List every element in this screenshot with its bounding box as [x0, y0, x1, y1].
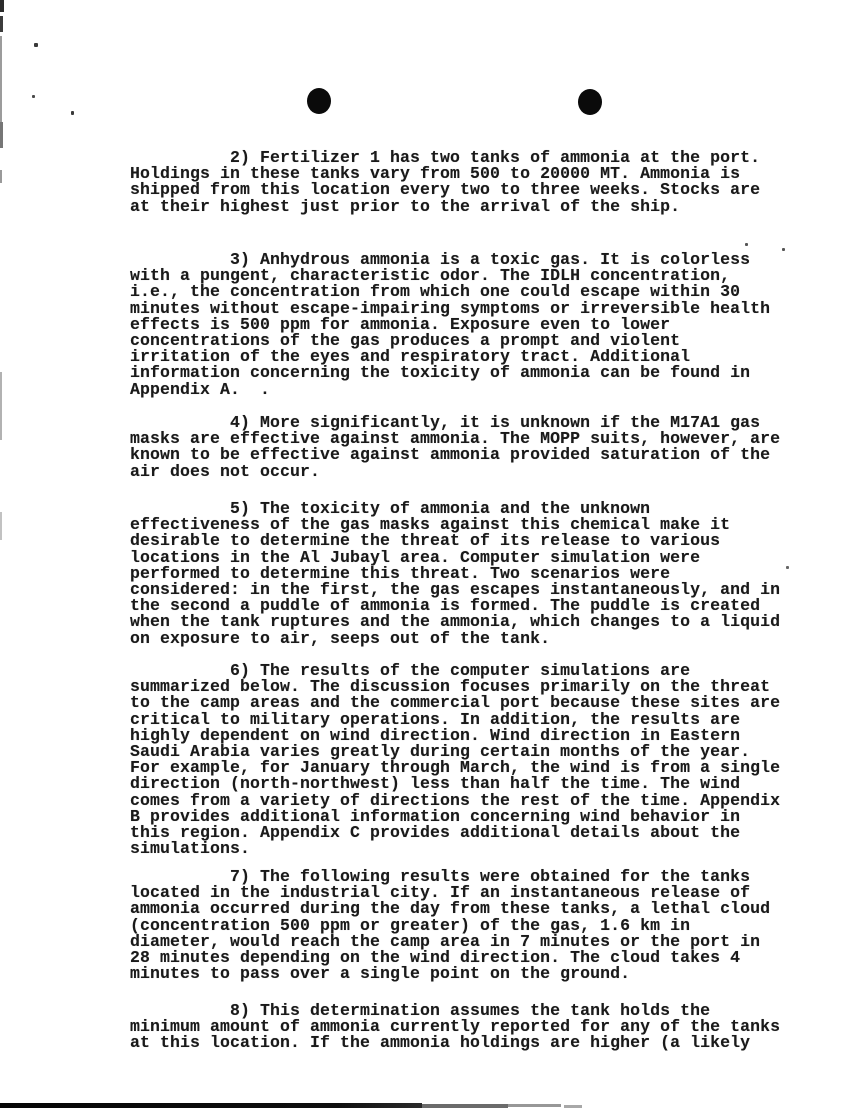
- ink-speck: [786, 566, 789, 569]
- ink-speck: [745, 243, 748, 246]
- ink-speck: [71, 111, 74, 115]
- scan-edge-artifact: [0, 512, 2, 540]
- paragraph-8: 8) This determination assumes the tank h…: [130, 1003, 780, 1052]
- punch-dot-right-icon: [578, 89, 602, 115]
- paragraph-5: 5) The toxicity of ammonia and the unkno…: [130, 501, 780, 647]
- scan-edge-artifact: [0, 122, 3, 148]
- scan-bar-artifact: [508, 1104, 561, 1107]
- scan-bar-artifact: [422, 1104, 508, 1108]
- scan-bar-artifact: [0, 1103, 422, 1108]
- scan-edge-artifact: [0, 0, 4, 12]
- ink-speck: [34, 43, 38, 47]
- scanned-document-page: 2) Fertilizer 1 has two tanks of ammonia…: [0, 0, 850, 1114]
- paragraph-3: 3) Anhydrous ammonia is a toxic gas. It …: [130, 252, 770, 398]
- scan-edge-artifact: [0, 16, 3, 32]
- paragraph-4: 4) More significantly, it is unknown if …: [130, 415, 780, 480]
- paragraph-6: 6) The results of the computer simulatio…: [130, 663, 780, 857]
- scan-bar-artifact: [564, 1105, 582, 1108]
- scan-edge-artifact: [0, 170, 2, 183]
- punch-dot-left-icon: [307, 88, 331, 114]
- paragraph-7: 7) The following results were obtained f…: [130, 869, 770, 982]
- ink-speck: [32, 95, 35, 98]
- ink-speck: [782, 248, 785, 251]
- scan-edge-artifact: [0, 36, 2, 122]
- scan-edge-artifact: [0, 372, 2, 440]
- paragraph-2: 2) Fertilizer 1 has two tanks of ammonia…: [130, 150, 760, 215]
